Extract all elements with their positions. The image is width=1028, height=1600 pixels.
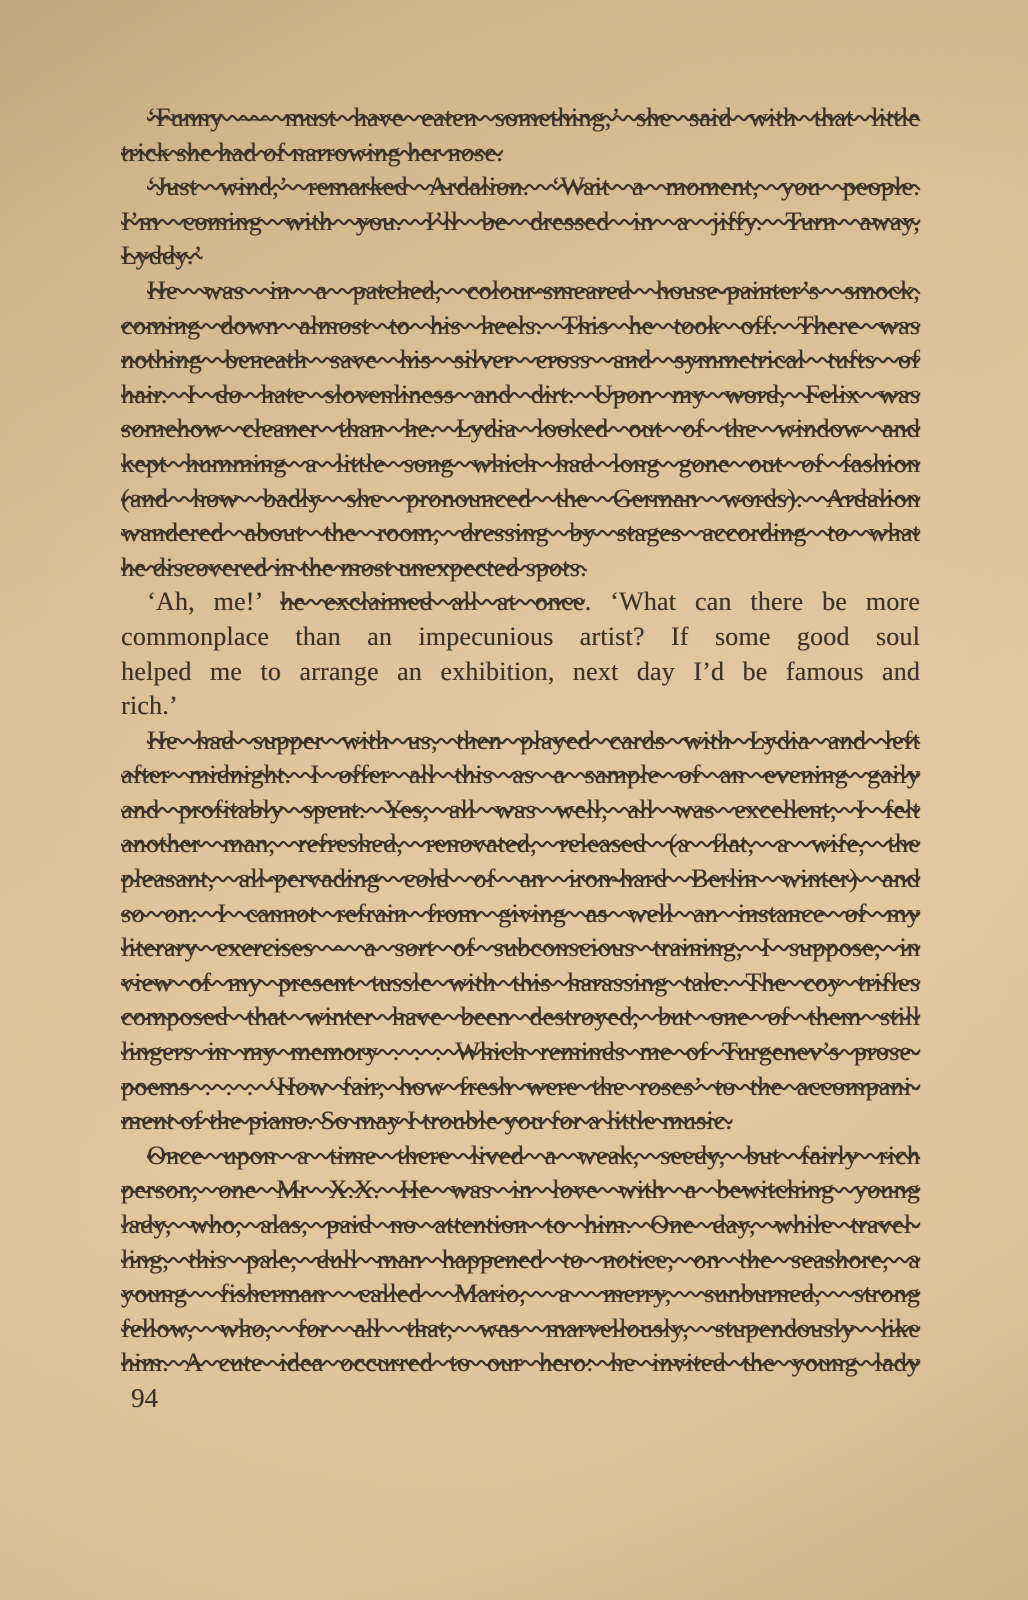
text-segment: . ‘What can there be more [585, 587, 920, 616]
text-line: ‘Ah, me!’ he exclaimed all at once. ‘Wha… [121, 585, 920, 620]
struck-text-segment: trick she had of narrowing her nose. [121, 138, 503, 167]
text-line: He had supper with us, then played cards… [121, 724, 920, 759]
struck-text-segment: Lyddy.’ [121, 241, 202, 270]
struck-text-segment: (and how badly she pronounced the German… [121, 484, 920, 513]
book-page: ‘Funny — must have eaten something,’ she… [0, 0, 1028, 1600]
text-line: and profitably spent. Yes, all was well,… [121, 793, 920, 828]
struck-text-segment: young fisherman called Mario, a merry, s… [121, 1279, 920, 1308]
text-block: ‘Funny — must have eaten something,’ she… [121, 101, 920, 1381]
struck-text-segment: so on. I cannot refrain from giving as w… [121, 899, 920, 928]
text-line: Once upon a time there lived a weak, see… [121, 1139, 920, 1174]
page-number: 94 [131, 1383, 158, 1414]
text-line: commonplace than an impecunious artist? … [121, 620, 920, 655]
struck-text-segment: hair. I do hate slovenliness and dirt. U… [121, 380, 920, 409]
text-line: somehow cleaner than he. Lydia looked ou… [121, 412, 920, 447]
struck-text-segment: pleasant, all-pervading cold of an iron-… [121, 864, 920, 893]
text-line: helped me to arrange an exhibition, next… [121, 655, 920, 690]
struck-text-segment: Once upon a time there lived a weak, see… [147, 1141, 920, 1170]
struck-text-segment: another man, refreshed, renovated, relea… [121, 829, 920, 858]
text-line: literary exercises – a sort of subconsci… [121, 931, 920, 966]
text-line: trick she had of narrowing her nose. [121, 136, 920, 171]
struck-text-segment: coming down almost to his heels. This he… [121, 311, 920, 340]
struck-text-segment: him. A cute idea occurred to our hero: h… [121, 1348, 920, 1377]
struck-text-segment: He had supper with us, then played cards… [147, 726, 920, 755]
struck-text-segment: he exclaimed all at once [280, 587, 584, 616]
text-line: coming down almost to his heels. This he… [121, 309, 920, 344]
text-line: him. A cute idea occurred to our hero: h… [121, 1346, 920, 1381]
struck-text-segment: kept humming a little song which had lon… [121, 449, 920, 478]
text-segment: rich.’ [121, 691, 178, 720]
text-line: pleasant, all-pervading cold of an iron-… [121, 862, 920, 897]
struck-text-segment: somehow cleaner than he. Lydia looked ou… [121, 414, 920, 443]
struck-text-segment: composed that winter have been destroyed… [121, 1002, 920, 1031]
text-line: young fisherman called Mario, a merry, s… [121, 1277, 920, 1312]
struck-text-segment: lingers in my memory . . . Which reminds… [121, 1037, 920, 1066]
text-line: ‘Funny — must have eaten something,’ she… [121, 101, 920, 136]
struck-text-segment: he discovered in the most unexpected spo… [121, 553, 587, 582]
text-line: ling, this pale, dull man happened to no… [121, 1243, 920, 1278]
struck-text-segment: wandered about the room, dressing by sta… [121, 518, 920, 547]
text-segment: commonplace than an impecunious artist? … [121, 622, 920, 651]
struck-text-segment: view of my present tussle with this hara… [121, 968, 920, 997]
text-line: after midnight. I offer all this as a sa… [121, 758, 920, 793]
text-line: nothing beneath save his silver cross an… [121, 343, 920, 378]
text-segment: ‘Ah, me!’ [147, 587, 280, 616]
text-line: ment of the piano. So may I trouble you … [121, 1104, 920, 1139]
text-line: lingers in my memory . . . Which reminds… [121, 1035, 920, 1070]
text-line: another man, refreshed, renovated, relea… [121, 827, 920, 862]
text-line: He was in a patched, colour-smeared hous… [121, 274, 920, 309]
struck-text-segment: He was in a patched, colour-smeared hous… [147, 276, 920, 305]
text-line: fellow, who, for all that, was marvellou… [121, 1312, 920, 1347]
text-line: he discovered in the most unexpected spo… [121, 551, 920, 586]
text-segment: helped me to arrange an exhibition, next… [121, 657, 920, 686]
struck-text-segment: poems . . . ‘How fair, how fresh were th… [121, 1072, 920, 1101]
text-line: poems . . . ‘How fair, how fresh were th… [121, 1070, 920, 1105]
text-line: person, one Mr X.X. He was in love with … [121, 1173, 920, 1208]
text-line: Lyddy.’ [121, 239, 920, 274]
text-line: rich.’ [121, 689, 920, 724]
struck-text-segment: fellow, who, for all that, was marvellou… [121, 1314, 920, 1343]
struck-text-segment: nothing beneath save his silver cross an… [121, 345, 920, 374]
text-line: hair. I do hate slovenliness and dirt. U… [121, 378, 920, 413]
text-line: (and how badly she pronounced the German… [121, 482, 920, 517]
text-line: so on. I cannot refrain from giving as w… [121, 897, 920, 932]
text-line: composed that winter have been destroyed… [121, 1000, 920, 1035]
struck-text-segment: literary exercises – a sort of subconsci… [121, 933, 920, 962]
struck-text-segment: and profitably spent. Yes, all was well,… [121, 795, 920, 824]
text-line: I’m coming with you. I’ll be dressed in … [121, 205, 920, 240]
struck-text-segment: ment of the piano. So may I trouble you … [121, 1106, 732, 1135]
text-line: ‘Just wind,’ remarked Ardalion. ‘Wait a … [121, 170, 920, 205]
struck-text-segment: lady, who, alas, paid no attention to hi… [121, 1210, 920, 1239]
text-line: view of my present tussle with this hara… [121, 966, 920, 1001]
text-line: kept humming a little song which had lon… [121, 447, 920, 482]
struck-text-segment: ‘Funny — must have eaten something,’ she… [147, 103, 920, 132]
text-line: wandered about the room, dressing by sta… [121, 516, 920, 551]
struck-text-segment: ‘Just wind,’ remarked Ardalion. ‘Wait a … [147, 172, 920, 201]
struck-text-segment: after midnight. I offer all this as a sa… [121, 760, 920, 789]
struck-text-segment: person, one Mr X.X. He was in love with … [121, 1175, 920, 1204]
struck-text-segment: ling, this pale, dull man happened to no… [121, 1245, 920, 1274]
struck-text-segment: I’m coming with you. I’ll be dressed in … [121, 207, 920, 236]
text-line: lady, who, alas, paid no attention to hi… [121, 1208, 920, 1243]
